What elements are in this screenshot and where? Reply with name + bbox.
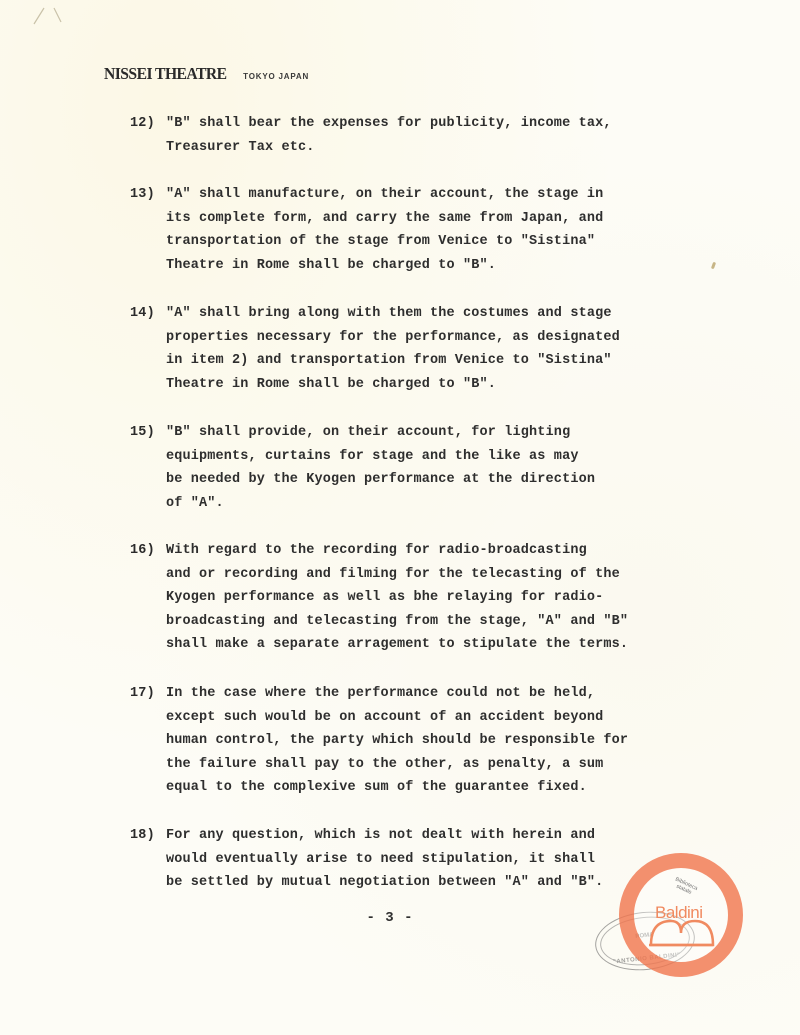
clause-line: in item 2) and transportation from Venic… [166, 349, 730, 373]
clause-line: and or recording and filming for the tel… [166, 563, 730, 587]
clause-number: 12) [130, 112, 155, 136]
clause-line: "B" shall provide, on their account, for… [166, 421, 730, 445]
clause-line: equipments, curtains for stage and the l… [166, 445, 730, 469]
clause-line: "A" shall manufacture, on their account,… [166, 183, 730, 207]
clause-number: 17) [130, 682, 155, 706]
document-page: NISSEI THEATRE TOKYO JAPAN 12) "B" shall… [0, 0, 800, 1035]
clause-line: the failure shall pay to the other, as p… [166, 753, 730, 777]
clause-number: 18) [130, 824, 155, 848]
clause-line: Treasurer Tax etc. [166, 136, 730, 160]
clause-line: except such would be on account of an ac… [166, 706, 730, 730]
clause-line: its complete form, and carry the same fr… [166, 207, 730, 231]
clause-12: 12) "B" shall bear the expenses for publ… [130, 112, 730, 159]
clause-15: 15) "B" shall provide, on their account,… [130, 421, 730, 515]
clause-number: 13) [130, 183, 155, 207]
clause-line: transportation of the stage from Venice … [166, 230, 730, 254]
logo-b-arches-icon [647, 917, 715, 947]
clause-13: 13) "A" shall manufacture, on their acco… [130, 183, 730, 277]
clause-number: 14) [130, 302, 155, 326]
clause-line: equal to the complexive sum of the guara… [166, 776, 730, 800]
clause-line: human control, the party which should be… [166, 729, 730, 753]
clause-14: 14) "A" shall bring along with them the … [130, 302, 730, 396]
clause-line: Theatre in Rome shall be charged to "B". [166, 254, 730, 278]
clause-line: In the case where the performance could … [166, 682, 730, 706]
letterhead: NISSEI THEATRE TOKYO JAPAN [104, 64, 309, 84]
clause-line: properties necessary for the performance… [166, 326, 730, 350]
clause-line: broadcasting and telecasting from the st… [166, 610, 730, 634]
clause-line: "B" shall bear the expenses for publicit… [166, 112, 730, 136]
letterhead-name: NISSEI THEATRE [104, 64, 227, 84]
letterhead-location: TOKYO JAPAN [243, 72, 309, 81]
clause-line: of "A". [166, 492, 730, 516]
clause-line: be needed by the Kyogen performance at t… [166, 468, 730, 492]
baldini-logo: Biblioteca statale Baldini [619, 853, 743, 977]
clause-line: With regard to the recording for radio-b… [166, 539, 730, 563]
clause-line: shall make a separate arragement to stip… [166, 633, 730, 657]
clause-line: For any question, which is not dealt wit… [166, 824, 730, 848]
clause-17: 17) In the case where the performance co… [130, 682, 730, 800]
clause-16: 16) With regard to the recording for rad… [130, 539, 730, 657]
pencil-mark-icon [30, 0, 70, 26]
clause-line: Kyogen performance as well as bhe relayi… [166, 586, 730, 610]
clause-number: 15) [130, 421, 155, 445]
clause-number: 16) [130, 539, 155, 563]
clause-line: "A" shall bring along with them the cost… [166, 302, 730, 326]
clause-line: Theatre in Rome shall be charged to "B". [166, 373, 730, 397]
